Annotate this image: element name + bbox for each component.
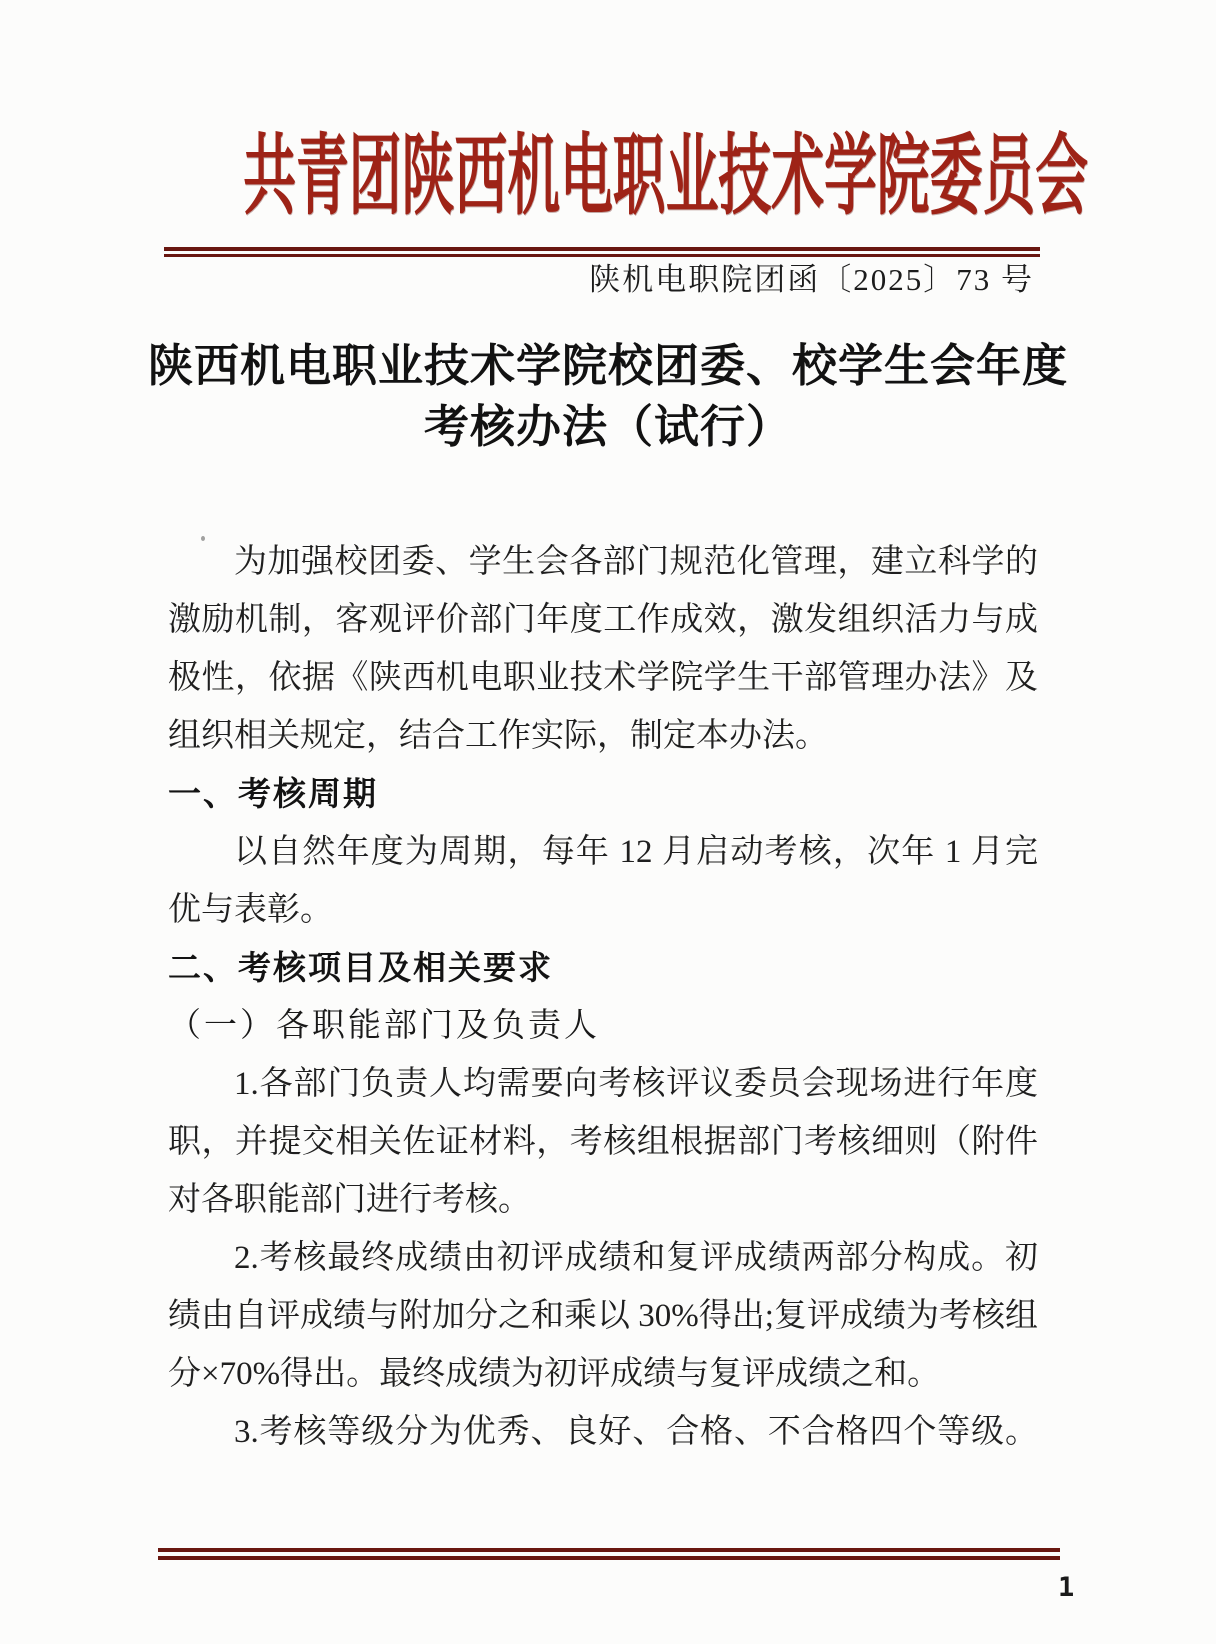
document-reference-number: 陕机电职院团函〔2025〕73 号 <box>589 260 1034 300</box>
document-body: 为加强校团委、学生会各部门规范化管理，建立科学的考核激励机制，客观评价部门年度工… <box>168 533 1038 1461</box>
body-line: 职，并提交相关佐证材料，考核组根据部门考核细则（附件 1） <box>168 1113 1038 1171</box>
document-page: 共青团陕西机电职业技术学院委员会 陕机电职院团函〔2025〕73 号 陕西机电职… <box>0 0 1216 1644</box>
body-line: 分×70%得出。最终成绩为初评成绩与复评成绩之和。 <box>168 1345 1038 1403</box>
letterhead-org-title: 共青团陕西机电职业技术学院委员会 <box>243 122 973 234</box>
body-line: 1.各部门负责人均需要向考核评议委员会现场进行年度述 <box>168 1055 1038 1113</box>
body-line: 组织相关规定，结合工作实际，制定本办法。 <box>168 707 1038 765</box>
page-number: 1 <box>1058 1572 1074 1603</box>
letterhead-divider-bottom-line <box>164 254 1040 257</box>
footer-divider <box>158 1548 1060 1560</box>
body-line: 2.考核最终成绩由初评成绩和复评成绩两部分构成。初评成 <box>168 1229 1038 1287</box>
body-line: 3.考核等级分为优秀、良好、合格、不合格四个等级。考核 <box>168 1403 1038 1461</box>
body-line: 激励机制，客观评价部门年度工作成效，激发组织活力与成员积 <box>168 591 1038 649</box>
body-line: 优与表彰。 <box>168 881 1038 939</box>
letterhead-divider <box>164 247 1040 257</box>
body-line: 为加强校团委、学生会各部门规范化管理，建立科学的考核 <box>168 533 1038 591</box>
body-line: 极性，依据《陕西机电职业技术学院学生干部管理办法》及团学 <box>168 649 1038 707</box>
document-title-line1: 陕西机电职业技术学院校团委、校学生会年度 <box>0 336 1216 397</box>
subsection-heading: （一）各职能部门及负责人 <box>168 997 1038 1055</box>
document-title-line2: 考核办法（试行） <box>0 397 1216 458</box>
section-heading: 一、考核周期 <box>168 765 1038 823</box>
footer-divider-bottom-line <box>158 1556 1060 1560</box>
body-line: 绩由自评成绩与附加分之和乘以 30%得出;复评成绩为考核组评 <box>168 1287 1038 1345</box>
body-line: 对各职能部门进行考核。 <box>168 1171 1038 1229</box>
document-title: 陕西机电职业技术学院校团委、校学生会年度 考核办法（试行） <box>0 336 1216 458</box>
section-heading: 二、考核项目及相关要求 <box>168 939 1038 997</box>
body-line: 以自然年度为周期，每年 12 月启动考核，次年 1 月完成评 <box>168 823 1038 881</box>
